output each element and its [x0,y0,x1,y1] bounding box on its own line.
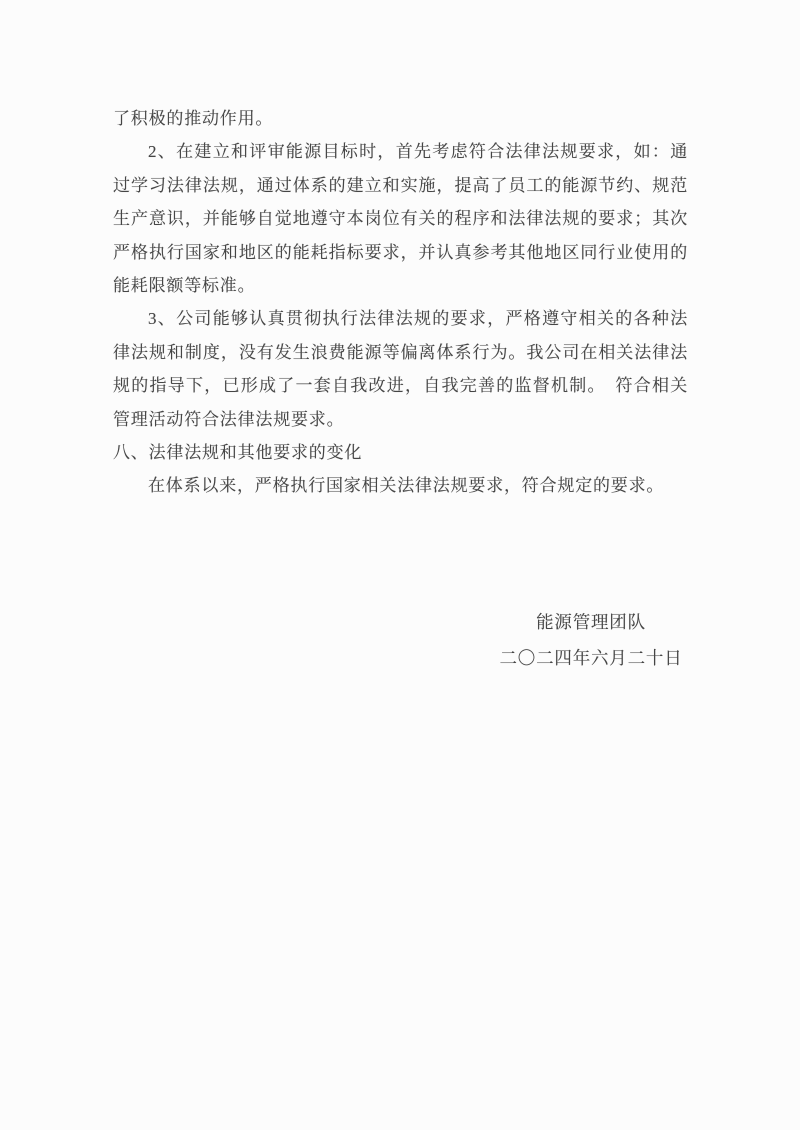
body-line: 生产意识，并能够自觉地遵守本岗位有关的程序和法律法规的要求；其次 [113,202,688,235]
body-line: 2、在建立和评审能源目标时，首先考虑符合法律法规要求，如：通 [113,135,688,168]
document-body: 了积极的推动作用。 2、在建立和评审能源目标时，首先考虑符合法律法规要求，如：通… [113,102,688,503]
body-line: 3、公司能够认真贯彻执行法律法规的要求，严格遵守相关的各种法 [113,302,688,335]
body-line: 管理活动符合法律法规要求。 [113,403,688,436]
body-line: 规的指导下，已形成了一套自我改进，自我完善的监督机制。 符合相关 [113,369,688,402]
signature-block: 能源管理团队 二〇二四年六月二十日 [441,604,741,676]
body-line: 过学习法律法规，通过体系的建立和实施，提高了员工的能源节约、规范 [113,169,688,202]
body-line: 在体系以来，严格执行国家相关法律法规要求，符合规定的要求。 [113,469,688,502]
body-line: 了积极的推动作用。 [113,102,688,135]
signature-date: 二〇二四年六月二十日 [441,640,741,676]
body-line: 能耗限额等标准。 [113,269,688,302]
body-line: 律法规和制度，没有发生浪费能源等偏离体系行为。我公司在相关法律法 [113,336,688,369]
section-heading: 八、法律法规和其他要求的变化 [113,436,688,469]
body-line: 严格执行国家和地区的能耗指标要求，并认真参考其他地区同行业使用的 [113,236,688,269]
document-page: 了积极的推动作用。 2、在建立和评审能源目标时，首先考虑符合法律法规要求，如：通… [0,0,800,1130]
signature-team: 能源管理团队 [441,604,741,640]
